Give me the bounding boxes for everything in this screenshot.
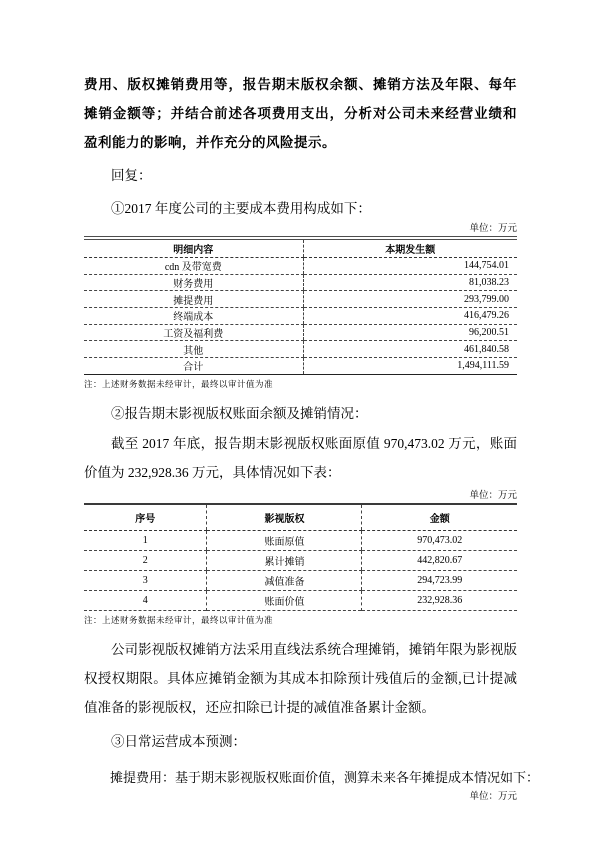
table-row: 1 账面原值 970,473.02: [84, 530, 517, 550]
cell-value: 1,494,111.59: [303, 358, 517, 375]
table-row: 2 累计摊销 442,820.67: [84, 550, 517, 570]
cell-value: 294,723.99: [362, 570, 517, 590]
cell-value: 442,820.67: [362, 550, 517, 570]
cell-value: 416,479.26: [303, 308, 517, 325]
table-row: 财务费用 81,038.23: [84, 274, 517, 291]
copyright-balance-table: 序号 影视版权 金额 1 账面原值 970,473.02 2 累计摊销 442,…: [84, 503, 517, 611]
cell-label: cdn 及带宽费: [84, 258, 303, 275]
table-row: 4 账面价值 232,928.36: [84, 590, 517, 610]
section-3-heading: ③日常运营成本预测：: [84, 732, 517, 752]
amortization-method-paragraph: 公司影视版权摊销方法采用直线法系统合理摊销，摊销年限为影视版权授权期限。具体应摊…: [84, 635, 517, 722]
page-content: 费用、版权摊销费用等，报告期末版权余额、摊销方法及年限、每年摊销金额等；并结合前…: [84, 0, 517, 804]
cell-value: 293,799.00: [303, 291, 517, 308]
table-note-2: 注：上述财务数据未经审计，最终以审计值为准: [84, 615, 517, 626]
column-header-index: 序号: [84, 504, 207, 531]
table-row-total: 合计 1,494,111.59: [84, 358, 517, 375]
table-row: 其他 461,840.58: [84, 341, 517, 358]
cell-index: 4: [84, 590, 207, 610]
table-row: 3 减值准备 294,723.99: [84, 570, 517, 590]
column-header-amount: 金额: [362, 504, 517, 531]
table-row: cdn 及带宽费 144,754.01: [84, 258, 517, 275]
section-1-heading: ①2017 年度公司的主要成本费用构成如下：: [84, 199, 517, 219]
column-header-item: 影视版权: [207, 504, 362, 531]
cell-label: 累计摊销: [207, 550, 362, 570]
table-row: 工资及福利费 96,200.51: [84, 324, 517, 341]
column-header-detail: 明细内容: [84, 238, 303, 258]
table-note-1: 注：上述财务数据未经审计，最终以审计值为准: [84, 379, 517, 390]
cell-label: 摊提费用: [84, 291, 303, 308]
unit-label-1: 单位：万元: [84, 223, 517, 235]
document-page: 费用、版权摊销费用等，报告期末版权余额、摊销方法及年限、每年摊销金额等；并结合前…: [0, 0, 600, 849]
cell-label: 账面价值: [207, 590, 362, 610]
copyright-balance-paragraph: 截至 2017 年底，报告期末影视版权账面原值 970,473.02 万元，账面…: [84, 429, 517, 487]
table-row: 终端成本 416,479.26: [84, 308, 517, 325]
cell-label: 账面原值: [207, 530, 362, 550]
table-header-row: 明细内容 本期发生额: [84, 238, 517, 258]
forecast-paragraph: 摊提费用：基于期末影视版权账面价值，测算未来各年摊提成本情况如下：: [84, 768, 517, 788]
question-paragraph: 费用、版权摊销费用等，报告期末版权余额、摊销方法及年限、每年摊销金额等；并结合前…: [84, 70, 517, 157]
cell-label: 终端成本: [84, 308, 303, 325]
cell-label: 其他: [84, 341, 303, 358]
table-header-row: 序号 影视版权 金额: [84, 504, 517, 531]
cell-index: 1: [84, 530, 207, 550]
cell-label: 合计: [84, 358, 303, 375]
cell-label: 工资及福利费: [84, 324, 303, 341]
cell-label: 减值准备: [207, 570, 362, 590]
cell-value: 970,473.02: [362, 530, 517, 550]
cell-value: 461,840.58: [303, 341, 517, 358]
cell-value: 232,928.36: [362, 590, 517, 610]
cell-value: 96,200.51: [303, 324, 517, 341]
cell-value: 81,038.23: [303, 274, 517, 291]
cost-breakdown-table: 明细内容 本期发生额 cdn 及带宽费 144,754.01 财务费用 81,0…: [84, 236, 517, 375]
reply-label: 回复：: [84, 166, 517, 186]
column-header-amount: 本期发生额: [303, 238, 517, 258]
cell-label: 财务费用: [84, 274, 303, 291]
table-row: 摊提费用 293,799.00: [84, 291, 517, 308]
cell-index: 3: [84, 570, 207, 590]
unit-label-2: 单位：万元: [84, 490, 517, 502]
cell-value: 144,754.01: [303, 258, 517, 275]
unit-label-3: 单位：万元: [84, 791, 517, 803]
cell-index: 2: [84, 550, 207, 570]
section-2-heading: ②报告期末影视版权账面余额及摊销情况：: [84, 404, 517, 424]
